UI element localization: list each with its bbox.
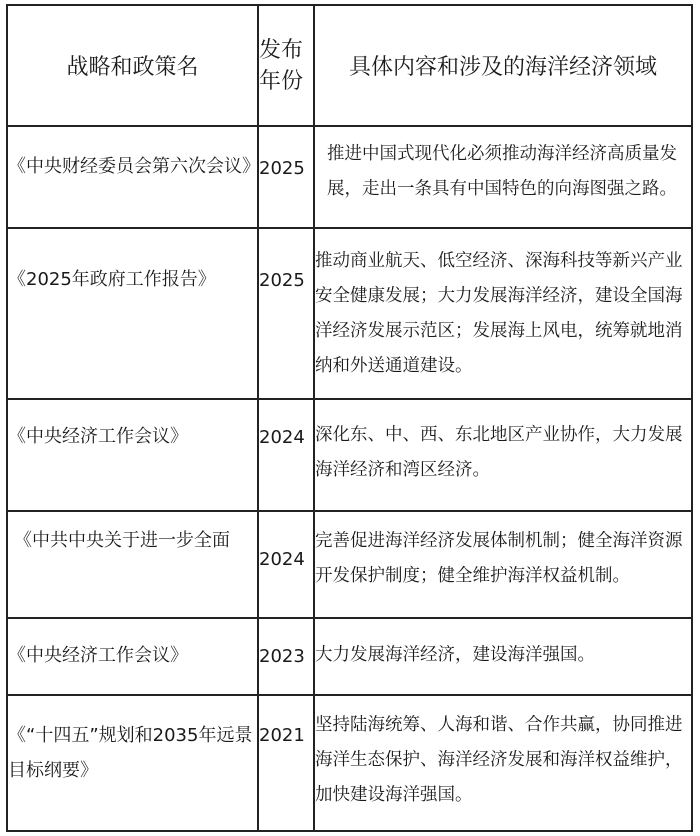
policy-name-cell: 《2025年政府工作报告》	[7, 228, 258, 399]
table-header-row: 战略和政策名 发布 年份 具体内容和涉及的海洋经济领域	[7, 5, 692, 126]
content-cell: 推进中国式现代化必须推动海洋经济高质量发展，走出一条具有中国特色的向海图强之路。	[314, 126, 692, 228]
year-cell: 2025	[258, 228, 314, 399]
content-cell: 大力发展海洋经济，建设海洋强国。	[314, 618, 692, 695]
policy-name: 《中央经济工作会议》	[8, 419, 257, 454]
publish-year: 2023	[259, 639, 313, 674]
header-publish-year: 发布 年份	[258, 5, 314, 126]
policy-name: 《“十四五”规划和2035年远景目标纲要》	[8, 718, 257, 788]
content-cell: 坚持陆海统筹、人海和谐、合作共赢，协同推进海洋生态保护、海洋经济发展和海洋权益维…	[314, 695, 692, 831]
content-cell: 完善促进海洋经济发展体制机制；健全海洋资源开发保护制度；健全维护海洋权益机制。	[314, 511, 692, 618]
policy-name: 《中央财经委员会第六次会议》	[8, 149, 257, 184]
policy-name: 《中央经济工作会议》	[8, 638, 257, 673]
header-year-line1: 发布	[259, 35, 313, 66]
policy-table: 战略和政策名 发布 年份 具体内容和涉及的海洋经济领域 《中央财经委员会第六次会…	[6, 4, 693, 832]
year-cell: 2024	[258, 399, 314, 511]
policy-name: 《2025年政府工作报告》	[8, 262, 257, 297]
table-row: 《2025年政府工作报告》 2025 推动商业航天、低空经济、深海科技等新兴产业…	[7, 228, 692, 399]
header-policy-name: 战略和政策名	[7, 5, 258, 126]
year-cell: 2023	[258, 618, 314, 695]
policy-name-cell: 《中央经济工作会议》	[7, 618, 258, 695]
publish-year: 2021	[259, 718, 313, 753]
policy-name-cell: 《中央财经委员会第六次会议》	[7, 126, 258, 228]
table-row: 《中央经济工作会议》 2024 深化东、中、西、东北地区产业协作，大力发展海洋经…	[7, 399, 692, 511]
publish-year: 2025	[259, 263, 313, 298]
policy-name-cell: 《中共中央关于进一步全面	[7, 511, 258, 618]
publish-year: 2024	[259, 420, 313, 455]
year-cell: 2024	[258, 511, 314, 618]
policy-name: 《中共中央关于进一步全面	[14, 523, 257, 558]
content-cell: 深化东、中、西、东北地区产业协作，大力发展海洋经济和湾区经济。	[314, 399, 692, 511]
publish-year: 2024	[259, 542, 313, 577]
table-row: 《“十四五”规划和2035年远景目标纲要》 2021 坚持陆海统筹、人海和谐、合…	[7, 695, 692, 831]
content-cell: 推动商业航天、低空经济、深海科技等新兴产业安全健康发展；大力发展海洋经济，建设全…	[314, 228, 692, 399]
policy-name-cell: 《“十四五”规划和2035年远景目标纲要》	[7, 695, 258, 831]
year-cell: 2025	[258, 126, 314, 228]
policy-name-cell: 《中央经济工作会议》	[7, 399, 258, 511]
table-row: 《中央经济工作会议》 2023 大力发展海洋经济，建设海洋强国。	[7, 618, 692, 695]
header-content: 具体内容和涉及的海洋经济领域	[314, 5, 692, 126]
publish-year: 2025	[259, 151, 313, 186]
table-row: 《中共中央关于进一步全面 2024 完善促进海洋经济发展体制机制；健全海洋资源开…	[7, 511, 692, 618]
year-cell: 2021	[258, 695, 314, 831]
header-year-line2: 年份	[259, 66, 313, 97]
table-row: 《中央财经委员会第六次会议》 2025 推进中国式现代化必须推动海洋经济高质量发…	[7, 126, 692, 228]
